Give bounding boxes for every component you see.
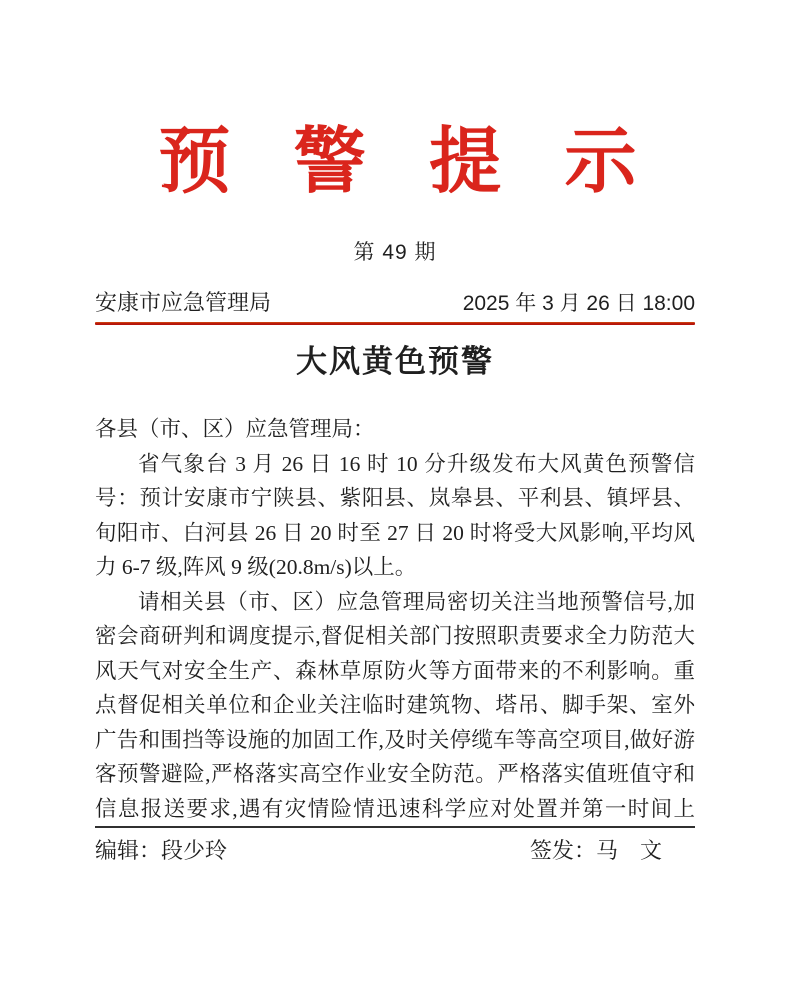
- editor-label: 编辑：: [95, 838, 161, 863]
- signer-label: 签发：: [530, 838, 596, 863]
- notice-title: 预警提示: [95, 126, 695, 198]
- body-paragraph-2: 请相关县（市、区）应急管理局密切关注当地预警信号,加密会商研判和调度提示,督促相…: [95, 585, 695, 827]
- red-divider: [95, 322, 695, 325]
- signer-name: 马 文: [596, 838, 662, 863]
- salutation-line: 各县（市、区）应急管理局：: [95, 412, 695, 447]
- signer-field: 签发：马 文: [530, 837, 662, 865]
- issuing-agency: 安康市应急管理局: [95, 289, 271, 317]
- document-body: 各县（市、区）应急管理局： 省气象台 3 月 26 日 16 时 10 分升级发…: [95, 412, 695, 826]
- body-paragraph-1: 省气象台 3 月 26 日 16 时 10 分升级发布大风黄色预警信号：预计安康…: [95, 447, 695, 585]
- issue-datetime: 2025 年 3 月 26 日 18:00: [463, 290, 695, 318]
- meta-row: 安康市应急管理局 2025 年 3 月 26 日 18:00: [95, 289, 695, 318]
- issue-number: 第 49 期: [95, 240, 695, 266]
- footer-divider: [95, 826, 695, 828]
- editor-field: 编辑：段少玲: [95, 837, 227, 865]
- editor-name: 段少玲: [161, 838, 227, 863]
- document-page: 预警提示 第 49 期 安康市应急管理局 2025 年 3 月 26 日 18:…: [0, 0, 790, 984]
- footer-row: 编辑：段少玲 签发：马 文: [95, 837, 695, 865]
- warning-subject: 大风黄色预警: [95, 342, 695, 382]
